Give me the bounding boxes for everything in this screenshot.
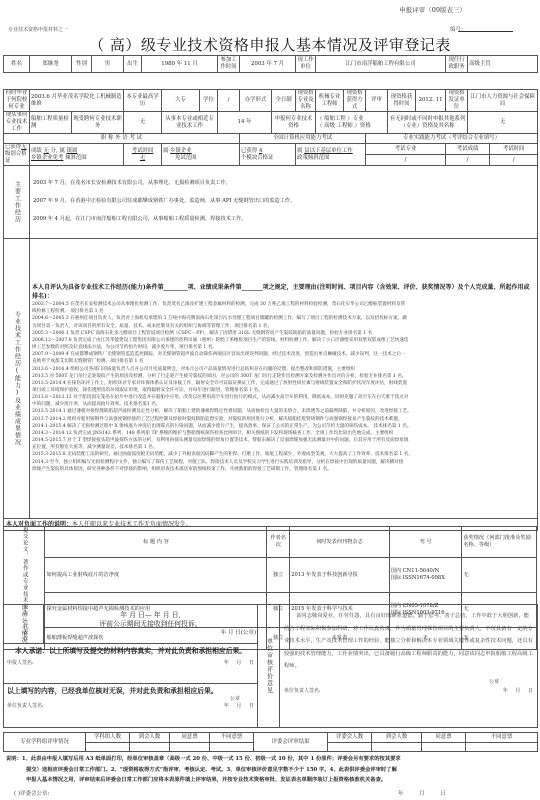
- name-value: 郑继尧: [30, 56, 72, 73]
- years-label: 从事本专业或相近专业技术工作: [162, 112, 218, 134]
- lang-obtained-value: 无: [21, 144, 26, 150]
- current-work-value: 船舶工程质量检测: [30, 112, 72, 134]
- achievements-lines: 2003.7～2004.5 在茂名长安检测技术公司从事理化检测工作，负责茂名乙烯…: [32, 301, 535, 473]
- current-post-value: 无: [124, 112, 162, 134]
- practice-score-value: /: [446, 155, 490, 166]
- achievement-line: 2013.5 对 500T 龙门吊行走轮裂纹产生的原因及检测，分析了行走轮产生疲…: [32, 373, 535, 380]
- achievement-line: 2014.3-至今，独立组织编写无损检测程序文件，独立编写了探伤工艺规程，对施工…: [32, 459, 535, 466]
- discipline-review-label: 专业学科组评审情况: [4, 733, 86, 752]
- lang-time-value: 无: [140, 155, 145, 161]
- publicity-content: 年 月 日— 年 月 日, 评前公示期间无接收到任何投诉。 年 月 日(公章): [44, 605, 258, 644]
- computer-obtained: 已获得 4个模块合格证: [240, 144, 296, 166]
- achievement-line: 2006.12～2007.8 负责完成了由江苏华能建设工程集团有限公司承建的普利…: [32, 337, 535, 344]
- discipline-yes-field[interactable]: [170, 743, 210, 752]
- qual-method-label: 现资格获得方式: [344, 90, 366, 112]
- achievement-line: 2013.5-2014.1 通过薄板对接焊缝缺陷超声波检测及定性分析，解决了船舶…: [32, 408, 535, 415]
- achievement-line: 2013.6～2013.12 对于船坞固定笼吊在拍片中进行改造并在船舶中应用，改…: [32, 394, 535, 401]
- achievement-line: 直被用于成都艾切斯无缝钢管厂检测，项目排名第 1 名: [32, 358, 535, 365]
- paper-author: 独立: [267, 558, 290, 593]
- achievement-line: 2013.6～2016.4 组织公司各部门的质量负责人召开公司月度质量例会，对本…: [32, 366, 535, 373]
- paper-title: 如何提高工业射线底片的洁净度: [45, 558, 267, 593]
- degree-value: /: [218, 90, 240, 112]
- papers-col-title: 标 题 内 容: [45, 527, 267, 558]
- practice-col-time: 考试时间: [490, 144, 538, 155]
- achievement-line: 2004.6～2005.2 在惠州任项目负责人，负责对上海机电承建的 3 万吨中…: [32, 315, 535, 322]
- qual-issuer-value: 江门市人力资源与社会保障局: [468, 90, 538, 112]
- committee-date: 年 月 日: [398, 789, 446, 797]
- applicant-sign[interactable]: 申报人签名:: [7, 660, 34, 667]
- achievement-line: 为项目第一负责人，对该项目的所有安全、质量、技术、成本控制及有关的组织与协调等管…: [32, 323, 535, 330]
- achievement-line: 2003.7～2004.5 在茂名长安检测技术公司从事理化检测工作，负责茂名乙烯…: [32, 301, 535, 308]
- work-start-value: 2003 年 7 月: [240, 56, 296, 73]
- achievement-line: 2007.9～2009.4 在成都攀成钢铁厂无缝钢管监造监控跟踪，对无缝钢管超声…: [32, 351, 535, 358]
- achievement-line: 焊缝产生裂纹的具体原因，研究各种条件下对焊接的影响，组织审查技术部送审的图纸校审…: [32, 466, 535, 473]
- apply-line-1: （ 船舶工程 ）专业: [317, 116, 386, 123]
- work-entry: 2003 年 7 月，在茂名市长安检测技术有限公司，从事理化、无损检测项目负责工…: [31, 175, 536, 193]
- other-value: 无: [468, 112, 538, 134]
- computer-modules: 4: [259, 148, 262, 154]
- paper-issn: 国内 CN11-5640/N国际 ISSN1674-098X: [389, 558, 462, 593]
- birth-label: 出生: [124, 56, 142, 73]
- lang-time: 考试时间无: [124, 144, 162, 166]
- practice-time-value: /: [490, 155, 538, 166]
- work-history-label: 主要工作经历: [4, 166, 30, 239]
- lang-belong: 属 乡镇企业 免试范围: [162, 144, 240, 166]
- work-history: 2003 年 7 月，在茂名市长安检测技术有限公司，从事理化、无损检测项目负责工…: [30, 166, 538, 239]
- qual-time-label: 现资格获得时间: [388, 90, 416, 112]
- edu-label: 本专业最高学历: [124, 90, 162, 112]
- papers-col-author: 作者名次: [267, 527, 290, 558]
- discipline-members-field[interactable]: [86, 743, 130, 752]
- unit-review: 该同志敬岗爱业，任劳任怨，具有良好的职业道德，勤于思考、善于总结，工作中敢于大胆…: [280, 605, 538, 728]
- paper-pub: 2013 年发表于科技创新导报: [290, 558, 390, 593]
- achievement-line: 2014.3～2014.12 负责完成 JNS142 系列、148 系列船 TP…: [32, 430, 535, 437]
- number-field[interactable]: [458, 31, 513, 32]
- achievements-heading: 本人自评认为具备专业技术工作经历(能力)条件第________项、业绩成果条件第…: [32, 284, 535, 301]
- practice-col-score: 考试成绩: [446, 144, 490, 155]
- current-work-label: 现从事何专业技术工作: [4, 112, 30, 134]
- pledge: 本人承诺：以上所填写及提交的材料内容真实，并对此负责和承担相应后果。 申报人签名…: [4, 644, 258, 684]
- achievement-line: 2013.5-2014.4 在探伤环评工作上，组织环评专家对环保体系认证及审核工…: [32, 380, 535, 387]
- achievement-line: 择工艺参数的对照及拉直线法方法，为公司节约拍片时间，减少废片率，项目排名第 1 …: [32, 344, 535, 351]
- achievement-line: 中的问题，减少废片率，从而提高拍片效率，技术排名第1 名。: [32, 401, 535, 408]
- unit-review-sign[interactable]: 单位负责人签名:: [284, 688, 321, 695]
- other-label: 有无同时或不同时申报其他系列（专业）资格及其名称: [388, 112, 468, 134]
- work-entry: 2009 年 4 月起，在江门市南洋船舶工程有限公司，从事船舶工程质量检测、焊接…: [31, 211, 536, 229]
- committee-present-field[interactable]: [372, 743, 422, 752]
- achievement-line: 项目竣工环境保护验收，探伤透照房的环境取证审批，取得辐射安全许可证，并每年进行跟…: [32, 387, 535, 394]
- form-code: 申报评审（09版表三）: [399, 5, 466, 14]
- papers-col-pub: 何时发表何刊物杂志: [290, 527, 390, 558]
- name-label: 姓名: [4, 56, 30, 73]
- page-title: （ 高）级专业技术资格申报人基本情况及评审登记表: [0, 34, 540, 55]
- achievement-line: 2014.5-2015.7 对于 T 型焊接接头超声波探伤方法的分析，及利用斜探…: [32, 437, 535, 444]
- degree-label: 学位: [200, 90, 218, 112]
- admin-post-value: 高级主管: [468, 56, 538, 73]
- gender-value: 男: [92, 56, 124, 73]
- paper-award: 无: [462, 558, 537, 593]
- publicity-label: 评前公示情况: [4, 605, 44, 644]
- material-label: 专业技术资格申报材料之一: [8, 26, 68, 33]
- achievement-line: 2013.7-2014.2 组织对船用铸钢件与高强度钢焊接的工艺过程控制及焊接时…: [32, 416, 535, 423]
- discipline-no-field[interactable]: [210, 743, 254, 752]
- years-value: 14 年: [218, 112, 272, 134]
- table-row: 如何提高工业射线底片的洁净度 独立 2013 年发表于科技创新导报 国内 CN1…: [4, 558, 537, 593]
- registration-form: 姓名 郑继尧 性别 男 出生 1980 年 11 月 参加工作时间 2003 年…: [3, 55, 538, 531]
- birth-value: 1980 年 11 月: [142, 56, 218, 73]
- unit-review-label: 单位审核评价意见: [258, 605, 280, 728]
- lang-obtained: 已获得无级别合格证: [4, 144, 30, 166]
- computer-belong: 属 县以下基层单位工作政策倾斜范围: [296, 144, 366, 166]
- study-mode-value: 全日制: [272, 90, 296, 112]
- lang-exam-header: 职 称 外 语 考 试: [4, 134, 240, 144]
- achievement-line: 线检修工程检测。 项目排名第 1 名: [32, 308, 535, 315]
- unit-verify: 以上填写的内容，已经我单位核对无误，并对此负责和承担相应后果。 公章 单位负责人…: [4, 684, 258, 728]
- qual-issuer-label: 现资格发证单位: [446, 90, 468, 112]
- practice-subject-value: /: [366, 155, 446, 166]
- unit-review-text: 该同志敬岗爱业，任劳任怨，具有良好的职业道德，勤于思考、善于总结，工作中敢于大胆…: [284, 610, 533, 673]
- computer-exam-header: 全国计算机应用能力考试: [240, 134, 366, 144]
- study-mode-label: 办学形式: [240, 90, 272, 112]
- achievement-line: 充位置，所有舱室大座等，减少测量误差，技术排名第 1 名。: [32, 444, 535, 451]
- work-start-label: 参加工作时间: [218, 56, 240, 73]
- review-results: 专业学科组评审情况 学科组人数 到会人数 同意票 不同意票 评委会评审结果 评委…: [3, 732, 538, 752]
- unit-verify-sign[interactable]: 单位负责人签名:: [7, 703, 44, 710]
- review-section: 评前公示情况 年 月 日— 年 月 日, 评前公示期间无接收到任何投诉。 年 月…: [3, 604, 538, 728]
- work-entry: 2007 年 9 月，在香港中正检验有限公司驻成都攀成钢铁厂办事处，监造师，从事…: [31, 193, 536, 211]
- edu-value: 大专: [162, 90, 200, 112]
- grad-label: 何时毕业于何院校何专业: [4, 90, 30, 112]
- apply-line-2: （ 高级 工程师 ）资格: [317, 123, 386, 130]
- lang-score: 成绩 无 分, 属 镇属 乡镇企业免考 倾斜范围: [30, 144, 124, 166]
- qual-value: 机械专业工程师: [316, 90, 344, 112]
- committee-review-label: 评委会评审结果: [254, 733, 328, 752]
- employer-label: 现工作单位: [296, 56, 316, 73]
- qual-method-value: 评审: [366, 90, 388, 112]
- papers-col-award: 获奖情况（何部门批准及奖励名称、等级）: [462, 527, 537, 558]
- employer-value: 江门市南洋船舶工程有限公司: [316, 56, 446, 73]
- apply-label: 申报何专业技术资格: [272, 112, 316, 134]
- practice-exam-header: 专业实践能力考试（考评结合专业填写）: [366, 134, 538, 144]
- practice-col-subject: 考试专业: [366, 144, 446, 155]
- achievements: 本人自评认为具备专业技术工作经历(能力)条件第________项、业绩成果条件第…: [30, 239, 538, 519]
- committee-yes-field[interactable]: [422, 743, 466, 752]
- discipline-present-field[interactable]: [130, 743, 170, 752]
- footnote: 说明：1、此表由申报人填写后用 A3 纸单面打印，经单位审核盖章（高级一式 20…: [6, 754, 536, 786]
- achievement-line: 2015.3-2015.8 无码装配工法的研究，通过曲面弧度板无码装配，减少了外…: [32, 451, 535, 458]
- apply-value: （ 船舶工程 ）专业 （ 高级 工程师 ）资格: [316, 112, 388, 134]
- papers-col-issn: 刊 号: [389, 527, 462, 558]
- committee-seal: ( )评委会公章:: [14, 789, 49, 797]
- qual-time-value: 2012. 11: [416, 90, 446, 112]
- achievement-line: 2014.1-2015.4 解决了无损检测过程中 X 射线底片冲洗后出现霉点的污…: [32, 423, 535, 430]
- grad-value: 2003.6 月毕业茂名学院化工机械制造维修: [30, 90, 124, 112]
- lang-score-value: 无: [44, 148, 49, 154]
- committee-members-field[interactable]: [328, 743, 372, 752]
- achievements-label: 专业技术工作经历(能力)及业绩成果情况: [4, 239, 30, 519]
- current-post-label: 现受聘何专业技术职务: [72, 112, 124, 134]
- gender-label: 性别: [72, 56, 92, 73]
- admin-post-label: 现任行政职务: [446, 56, 468, 73]
- qual-label: 现资格专业及名称: [296, 90, 316, 112]
- achievement-line: 2005.3～2006.1 负责 CSPC 南海石化多元醇项目工程管道项目检测（…: [32, 330, 535, 337]
- committee-no-field[interactable]: [466, 743, 538, 752]
